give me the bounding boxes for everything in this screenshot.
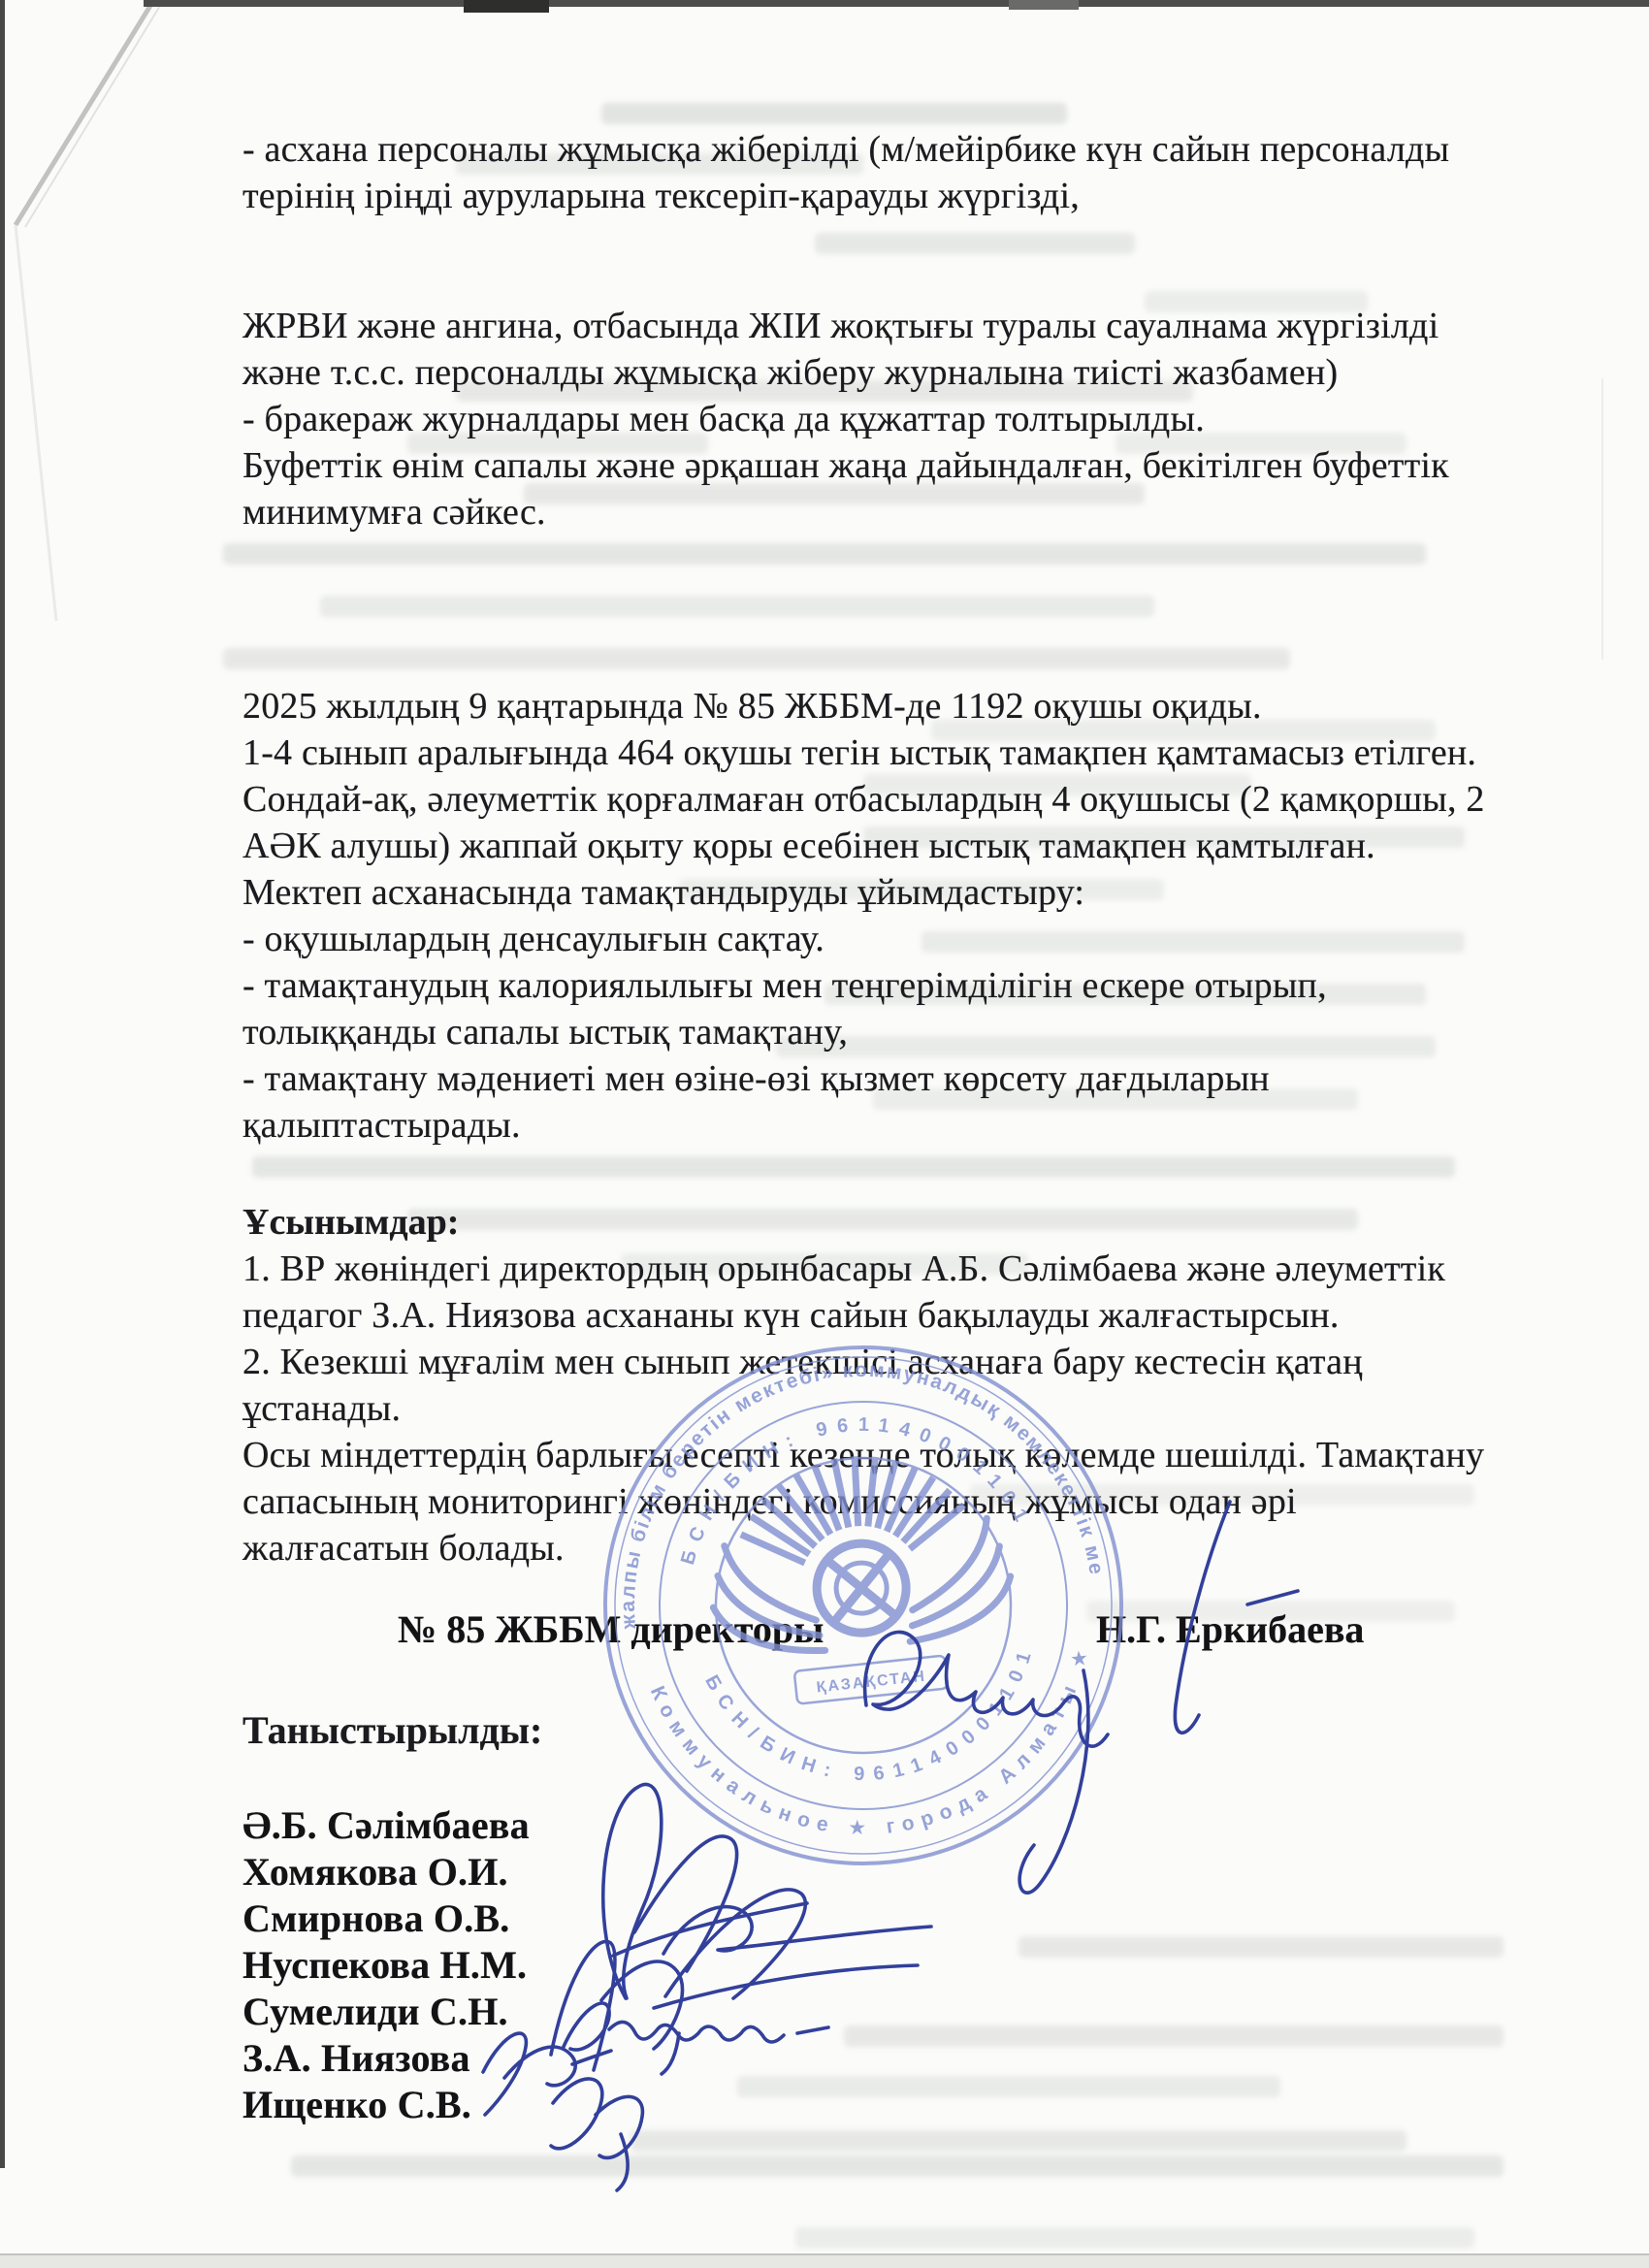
- paragraph-orvi-bufet: ЖРВИ және ангина, отбасында ЖІИ жоқтығы …: [242, 303, 1449, 535]
- body-text-line: жалғасатын болады.: [242, 1525, 1484, 1571]
- body-text-line: ЖРВИ және ангина, отбасында ЖІИ жоқтығы …: [242, 303, 1449, 349]
- signatory-name: Нуспекова Н.М.: [242, 1942, 530, 1989]
- nuspekova-signature: [551, 1941, 918, 2070]
- paragraph-canteen-staff: - асхана персоналы жұмысқа жіберілді (м/…: [242, 126, 1449, 219]
- bleedthrough-text: [601, 103, 1067, 124]
- director-title: № 85 ЖББМ директоры: [398, 1606, 824, 1652]
- acknowledged-heading: Таныстырылды:: [242, 1707, 542, 1754]
- body-text-line: ұстанады.: [242, 1385, 1484, 1432]
- svg-text:Коммунальное ★ города Алматы ★: Коммунальное ★ города Алматы ★: [645, 1637, 1112, 1862]
- bleedthrough-text: [815, 233, 1135, 254]
- stamp-banner-text: ҚАЗАҚСТАН: [816, 1669, 927, 1697]
- scan-edge-bottom: [0, 2253, 1649, 2268]
- body-text-line: АӘК алушы) жаппай оқыту қоры есебінен ыс…: [242, 823, 1485, 869]
- signatory-name: Ә.Б. Сәлімбаева: [242, 1802, 530, 1849]
- body-text-line: - оқушылардың денсаулығын сақтау.: [242, 916, 1485, 962]
- scan-edge-smudge: [1009, 0, 1079, 10]
- body-text-line: терінің іріңді ауруларына тексеріп-қарау…: [242, 173, 1449, 219]
- bleedthrough-text: [407, 1209, 1358, 1230]
- scan-edge-left: [0, 0, 5, 2168]
- svg-text:БСН/БИН: 961140001101: БСН/БИН: 961140001101: [699, 1638, 1051, 1802]
- body-text-line: - тамақтану мәдениеті мен өзіне-өзі қызм…: [242, 1055, 1485, 1102]
- bleedthrough-text: [737, 2076, 1280, 2097]
- body-text-line: Осы міндеттердің барлығы есепті кезеңде …: [242, 1432, 1484, 1478]
- body-text-line: 2025 жылдың 9 қаңтарында № 85 ЖББМ-де 11…: [242, 683, 1485, 729]
- body-text-line: педагог З.А. Ниязова асхананы күн сайын …: [242, 1292, 1484, 1339]
- bleedthrough-text: [252, 1156, 1455, 1178]
- signatory-name: Хомякова О.И.: [242, 1849, 530, 1895]
- heading-text: Ұсынымдар:: [242, 1199, 459, 1246]
- recommendations-heading: Ұсынымдар:: [242, 1199, 459, 1246]
- body-text-line: Буфеттік өнім сапалы және әрқашан жаңа д…: [242, 442, 1449, 489]
- bleedthrough-text: [630, 2130, 1406, 2152]
- bleedthrough-text: [223, 543, 1426, 565]
- paragraph-recommendations: 1. ВР жөніндегі директордың орынбасары А…: [242, 1246, 1484, 1571]
- scan-edge-top: [144, 0, 1649, 7]
- body-text-line: 1-4 сынып аралығында 464 оқушы тегін ыст…: [242, 729, 1485, 776]
- body-text-line: қалыптастырады.: [242, 1102, 1485, 1149]
- salimbayeva-khomyakova-signature: [603, 1784, 807, 1998]
- sumelidi-signature: [563, 2003, 828, 2074]
- bleedthrough-text: [291, 2155, 1503, 2177]
- bleedthrough-text: [844, 2025, 1503, 2047]
- signatory-name: Ищенко С.В.: [242, 2082, 530, 2128]
- smirnova-signature: [663, 1907, 931, 1954]
- stamp-ring-inner-bottom-text: БСН/БИН: 961140001101: [699, 1638, 1051, 1802]
- body-text-line: минимумға сәйкес.: [242, 489, 1449, 535]
- body-text-line: 2. Кезекші мұғалім мен сынып жетекшісі а…: [242, 1339, 1484, 1385]
- body-text-line: сапасының мониторингі жөніндегі комиссия…: [242, 1478, 1484, 1525]
- body-text-line: толыққанды сапалы ыстық тамақтану,: [242, 1009, 1485, 1055]
- body-text-line: - тамақтанудың калориялылығы мен теңгері…: [242, 962, 1485, 1009]
- corner-fold-line: [16, 1, 153, 225]
- signatory-name: Смирнова О.В.: [242, 1895, 530, 1942]
- scan-edge-smudge: [464, 0, 549, 13]
- body-text-line: және т.с.с. персоналды жұмысқа жіберу жу…: [242, 349, 1449, 396]
- signatory-name: Сумелиди С.Н.: [242, 1989, 530, 2035]
- stamp-banner: [794, 1656, 949, 1704]
- bleedthrough-text: [795, 2227, 1474, 2249]
- body-text-line: 1. ВР жөніндегі директордың орынбасары А…: [242, 1246, 1484, 1292]
- signatory-name: З.А. Ниязова: [242, 2035, 530, 2082]
- bleedthrough-text: [223, 648, 1290, 669]
- signatories-list: Ә.Б. СәлімбаеваХомякова О.И.Смирнова О.В…: [242, 1802, 530, 2128]
- body-text-line: Мектеп асханасында тамақтандыруды ұйымда…: [242, 869, 1485, 916]
- body-text-line: - бракераж журналдары мен басқа да құжат…: [242, 396, 1449, 442]
- bleedthrough-text: [320, 596, 1154, 617]
- heading-text: Таныстырылды:: [242, 1707, 542, 1754]
- paragraph-meals-statistics: 2025 жылдың 9 қаңтарында № 85 ЖББМ-де 11…: [242, 683, 1485, 1149]
- body-text-line: Сондай-ақ, әлеуметтік қорғалмаған отбасы…: [242, 776, 1485, 823]
- director-name: Н.Г. Еркибаева: [1096, 1606, 1364, 1652]
- stamp-ring-outer-bottom-text: Коммунальное ★ города Алматы ★: [645, 1637, 1112, 1862]
- scanned-document-page: - асхана персоналы жұмысқа жіберілді (м/…: [0, 0, 1649, 2268]
- bleedthrough-text: [1018, 1936, 1503, 1958]
- body-text-line: - асхана персоналы жұмысқа жіберілді (м/…: [242, 126, 1449, 173]
